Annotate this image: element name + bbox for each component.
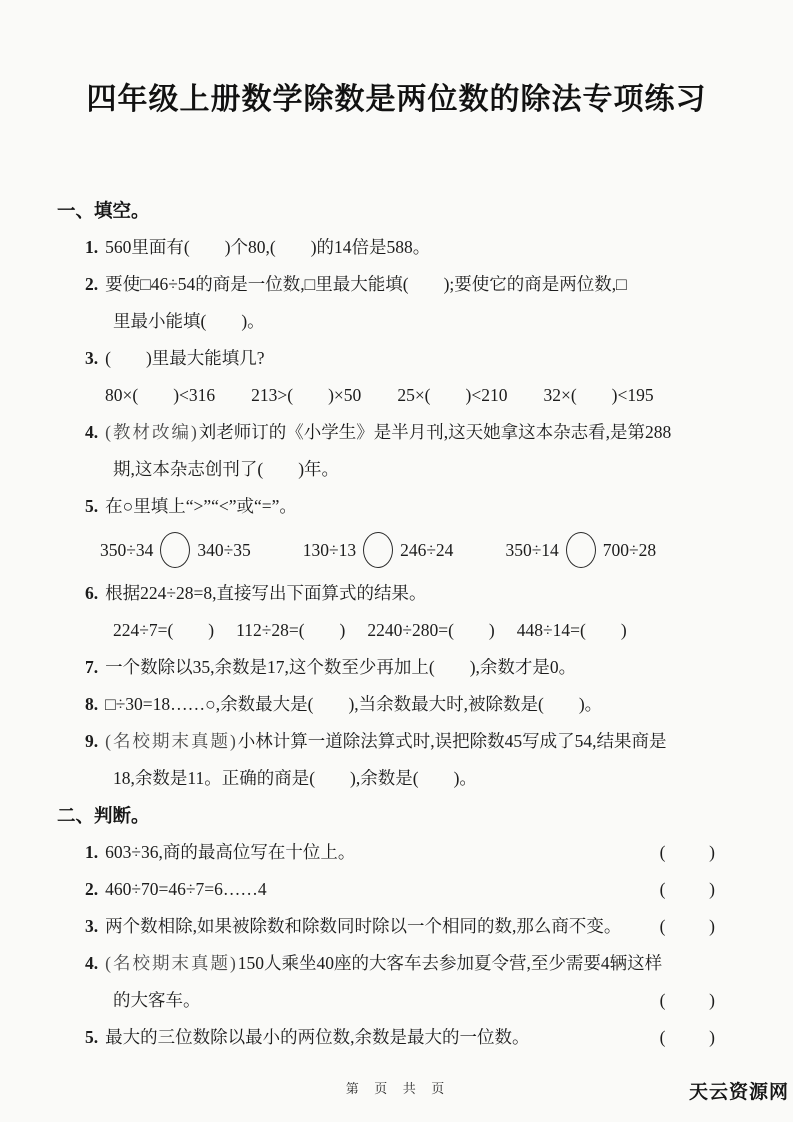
question-text: 560里面有( )个80,( )的14倍是588。 <box>105 237 430 257</box>
equation-item: 32×( )<195 <box>543 377 653 414</box>
fill-question-2-line2: 里最小能填( )。 <box>60 303 715 340</box>
comparison-circle <box>363 532 393 568</box>
fill-question-3-line1: 3.( )里最大能填几? <box>60 340 715 377</box>
comparison-circle <box>160 532 190 568</box>
question-text: 两个数相除,如果被除数和除数同时除以一个相同的数,那么商不变。 <box>105 908 621 945</box>
expression-right: 700÷28 <box>603 540 656 561</box>
page-number-footer: 第 页 共 页 <box>0 1078 793 1097</box>
answer-parens: ( ) <box>660 871 715 908</box>
brand-watermark: 天云资源网 <box>689 1077 789 1104</box>
source-tag: (名校期末真题) <box>105 953 238 973</box>
question-number: 1. <box>85 237 105 257</box>
question-text: ( )里最大能填几? <box>105 348 264 368</box>
expression-left: 130÷13 <box>303 540 356 561</box>
fill-question-7: 7.一个数除以35,余数是17,这个数至少再加上( ),余数才是0。 <box>60 649 715 686</box>
comparison-pair: 350÷34340÷35 <box>100 532 251 568</box>
comparison-pair: 130÷13246÷24 <box>303 532 454 568</box>
answer-parens: ( ) <box>660 1019 715 1056</box>
question-text: 的大客车。 <box>113 982 201 1019</box>
fill-question-5-line1: 5.在○里填上“>”“<”或“=”。 <box>60 488 715 525</box>
expression-left: 350÷14 <box>505 540 558 561</box>
question-number: 4. <box>85 422 105 442</box>
fill-question-4-line2: 期,这本杂志创刊了( )年。 <box>60 451 715 488</box>
judge-question-3: 3.两个数相除,如果被除数和除数同时除以一个相同的数,那么商不变。( ) <box>60 908 715 945</box>
question-text: 460÷70=46÷7=6……4 <box>105 871 266 908</box>
question-number: 5. <box>85 1019 105 1056</box>
fill-question-6-equations: 224÷7=( ) 112÷28=( ) 2240÷280=( ) 448÷14… <box>60 612 715 649</box>
question-text: 刘老师订的《小学生》是半月刊,这天她拿这本杂志看,是第288 <box>199 422 672 442</box>
question-text: 期,这本杂志创刊了( )年。 <box>113 459 339 479</box>
answer-parens: ( ) <box>660 908 715 945</box>
fill-question-2-line1: 2.要使□46÷54的商是一位数,□里最大能填( );要使它的商是两位数,□ <box>60 266 715 303</box>
source-tag: (名校期末真题) <box>105 731 238 751</box>
answer-parens: ( ) <box>660 982 715 1019</box>
question-number: 3. <box>85 348 105 368</box>
equation-item: 448÷14=( ) <box>517 612 627 649</box>
question-text: 在○里填上“>”“<”或“=”。 <box>105 496 297 516</box>
fill-question-3-equations: 80×( )<316 213>( )×50 25×( )<210 32×( )<… <box>60 377 715 414</box>
section-heading-fill: 一、填空。 <box>57 192 715 229</box>
comparison-circle <box>566 532 596 568</box>
worksheet-page: 四年级上册数学除数是两位数的除法专项练习 一、填空。 1.560里面有( )个8… <box>0 0 793 1122</box>
question-text: 150人乘坐40座的大客车去参加夏令营,至少需要4辆这样 <box>238 953 662 973</box>
question-text: 一个数除以35,余数是17,这个数至少再加上( ),余数才是0。 <box>105 657 576 677</box>
equation-item: 112÷28=( ) <box>236 612 345 649</box>
question-text: □÷30=18……○,余数最大是( ),当余数最大时,被除数是( )。 <box>105 694 602 714</box>
fill-question-8: 8.□÷30=18……○,余数最大是( ),当余数最大时,被除数是( )。 <box>60 686 715 723</box>
fill-question-9-line1: 9.(名校期末真题)小林计算一道除法算式时,误把除数45写成了54,结果商是 <box>60 723 715 760</box>
equation-item: 224÷7=( ) <box>113 612 214 649</box>
fill-question-5-comparisons: 350÷34340÷35 130÷13246÷24 350÷14700÷28 <box>60 525 715 575</box>
comparison-pair: 350÷14700÷28 <box>505 532 656 568</box>
fill-question-6-line1: 6.根据224÷28=8,直接写出下面算式的结果。 <box>60 575 715 612</box>
question-number: 5. <box>85 496 105 516</box>
question-text: 里最小能填( )。 <box>113 311 265 331</box>
equation-item: 213>( )×50 <box>251 377 361 414</box>
equation-item: 25×( )<210 <box>397 377 507 414</box>
page-title: 四年级上册数学除数是两位数的除法专项练习 <box>0 74 793 118</box>
equation-item: 2240÷280=( ) <box>367 612 494 649</box>
question-number: 4. <box>85 953 105 973</box>
expression-right: 340÷35 <box>197 540 250 561</box>
question-number: 2. <box>85 871 105 908</box>
question-number: 8. <box>85 694 105 714</box>
judge-question-4-line2: 的大客车。( ) <box>60 982 715 1019</box>
source-tag: (教材改编) <box>105 422 199 442</box>
question-text: 603÷36,商的最高位写在十位上。 <box>105 834 355 871</box>
question-number: 9. <box>85 731 105 751</box>
question-text: 最大的三位数除以最小的两位数,余数是最大的一位数。 <box>105 1019 529 1056</box>
question-number: 2. <box>85 274 105 294</box>
fill-question-9-line2: 18,余数是11。正确的商是( ),余数是( )。 <box>60 760 715 797</box>
question-number: 7. <box>85 657 105 677</box>
section-heading-judge: 二、判断。 <box>57 797 715 834</box>
judge-question-2: 2.460÷70=46÷7=6……4( ) <box>60 871 715 908</box>
expression-left: 350÷34 <box>100 540 153 561</box>
worksheet-body: 一、填空。 1.560里面有( )个80,( )的14倍是588。 2.要使□4… <box>60 192 715 1056</box>
expression-right: 246÷24 <box>400 540 453 561</box>
question-text: 根据224÷28=8,直接写出下面算式的结果。 <box>105 583 426 603</box>
question-number: 1. <box>85 834 105 871</box>
question-text: 要使□46÷54的商是一位数,□里最大能填( );要使它的商是两位数,□ <box>105 274 627 294</box>
judge-question-4-line1: 4.(名校期末真题)150人乘坐40座的大客车去参加夏令营,至少需要4辆这样 <box>60 945 715 982</box>
question-number: 6. <box>85 583 105 603</box>
fill-question-4-line1: 4.(教材改编)刘老师订的《小学生》是半月刊,这天她拿这本杂志看,是第288 <box>60 414 715 451</box>
question-text: 18,余数是11。正确的商是( ),余数是( )。 <box>113 768 477 788</box>
question-text: 小林计算一道除法算式时,误把除数45写成了54,结果商是 <box>238 731 667 751</box>
answer-parens: ( ) <box>660 834 715 871</box>
equation-item: 80×( )<316 <box>105 377 215 414</box>
judge-question-5: 5.最大的三位数除以最小的两位数,余数是最大的一位数。( ) <box>60 1019 715 1056</box>
question-number: 3. <box>85 908 105 945</box>
judge-question-1: 1.603÷36,商的最高位写在十位上。( ) <box>60 834 715 871</box>
fill-question-1: 1.560里面有( )个80,( )的14倍是588。 <box>60 229 715 266</box>
